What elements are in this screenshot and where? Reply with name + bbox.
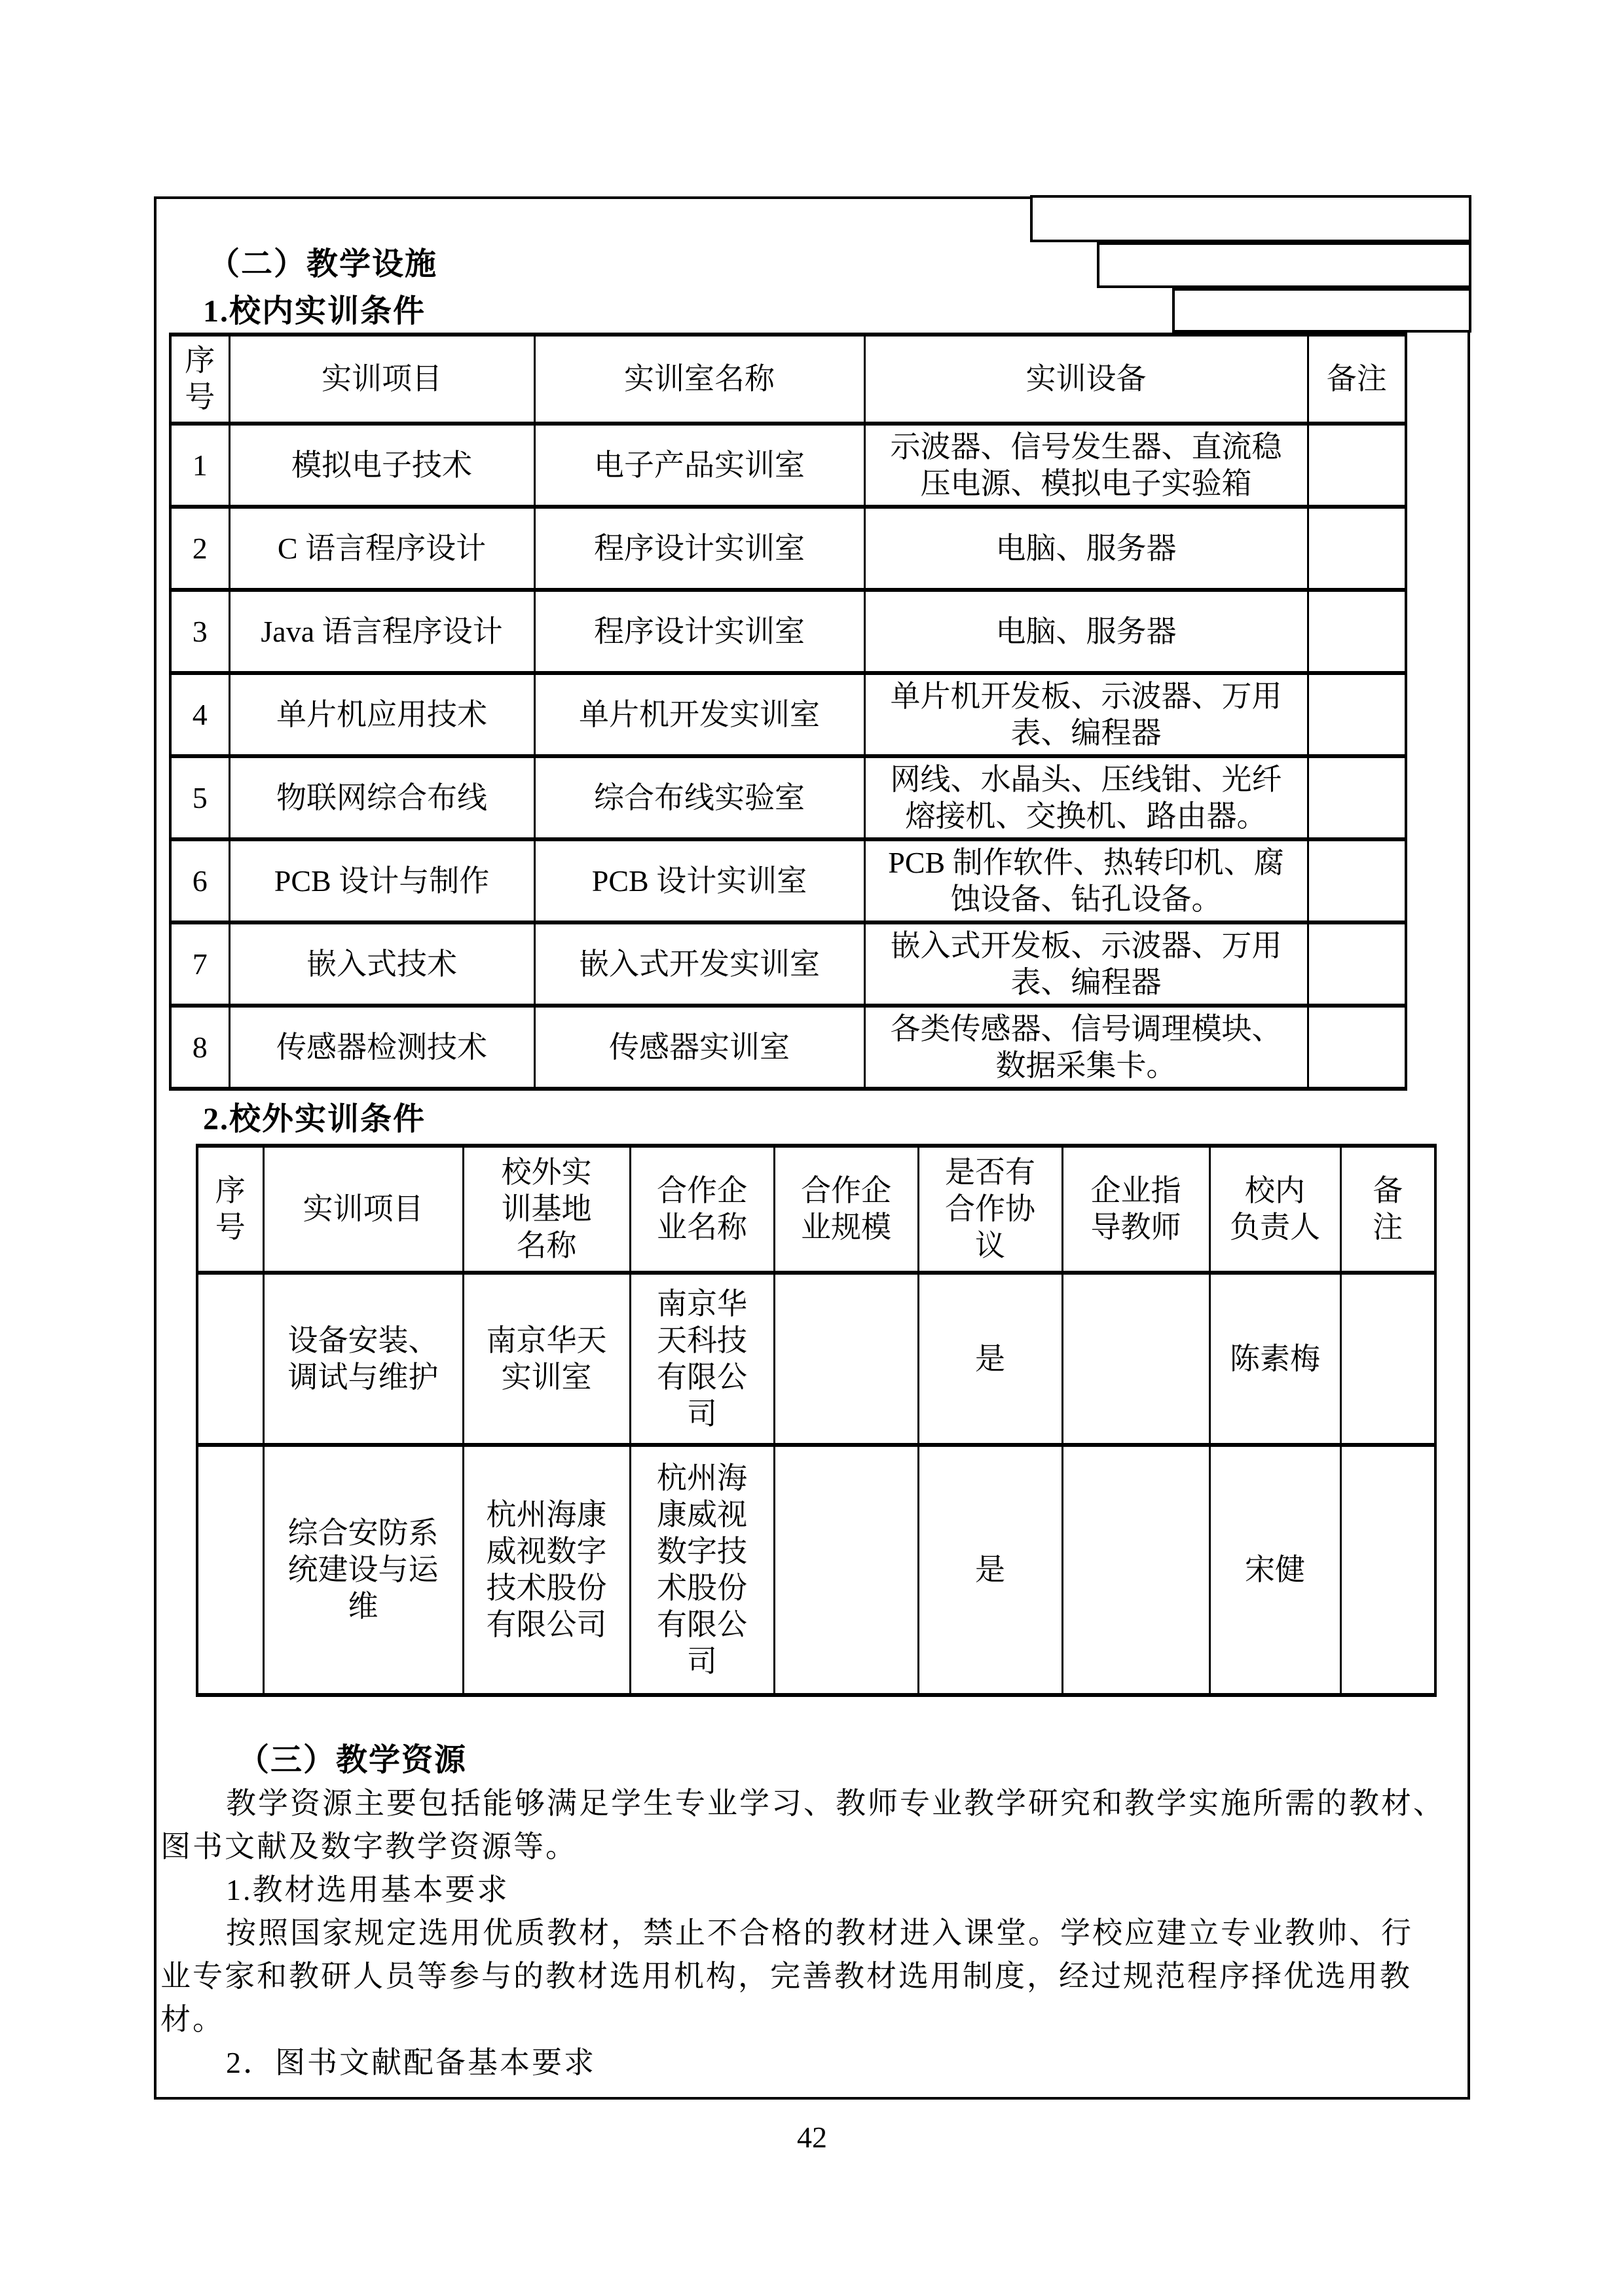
cell-equipment: 单片机开发板、示波器、万用 表、编程器 <box>864 673 1308 756</box>
cell-mentor <box>1062 1273 1209 1445</box>
cell-equipment: 嵌入式开发板、示波器、万用 表、编程器 <box>864 922 1308 1006</box>
table-row: 8 传感器检测技术 传感器实训室 各类传感器、信号调理模块、 数据采集卡。 <box>170 1006 1406 1089</box>
section-3-heading: （三）教学资源 <box>160 1739 1460 1782</box>
column-header-equipment: 实训设备 <box>864 335 1308 424</box>
table-row: 5 物联网综合布线 综合布线实验室 网线、水晶头、压线钳、光纤 熔接机、交换机、… <box>170 756 1406 839</box>
table-header-row: 序 号 实训项目 校外实 训基地 名称 合作企 业名称 合作企 业规模 是否有 … <box>197 1146 1435 1273</box>
cell-no <box>197 1445 263 1695</box>
column-header-no: 序 号 <box>197 1146 263 1273</box>
cell-no: 4 <box>170 673 229 756</box>
body-line: 图书文献及数字教学资源等。 <box>160 1825 1460 1868</box>
cell-note <box>1308 590 1406 673</box>
cell-note <box>1308 507 1406 590</box>
cell-note <box>1308 424 1406 507</box>
cell-project: 模拟电子技术 <box>229 424 534 507</box>
cell-project: 传感器检测技术 <box>229 1006 534 1089</box>
cell-room: 电子产品实训室 <box>534 424 864 507</box>
cell-project: PCB 设计与制作 <box>229 839 534 922</box>
cell-no: 5 <box>170 756 229 839</box>
cell-note <box>1340 1445 1435 1695</box>
column-header-room: 实训室名称 <box>534 335 864 424</box>
cell-project: 设备安装、 调试与维护 <box>263 1273 463 1445</box>
table-row: 4 单片机应用技术 单片机开发实训室 单片机开发板、示波器、万用 表、编程器 <box>170 673 1406 756</box>
cell-note <box>1308 1006 1406 1089</box>
cell-equipment: 电脑、服务器 <box>864 507 1308 590</box>
column-header-company: 合作企 业名称 <box>630 1146 774 1273</box>
body-line: 材。 <box>160 1998 1460 2041</box>
cell-leader: 陈素梅 <box>1209 1273 1340 1445</box>
cell-equipment: 示波器、信号发生器、直流稳 压电源、模拟电子实验箱 <box>864 424 1308 507</box>
cell-project: 综合安防系 统建设与运 维 <box>263 1445 463 1695</box>
table-header-row: 序 号 实训项目 实训室名称 实训设备 备注 <box>170 335 1406 424</box>
cell-no: 2 <box>170 507 229 590</box>
cell-scale <box>774 1445 918 1695</box>
cell-no: 3 <box>170 590 229 673</box>
table-row: 综合安防系 统建设与运 维 杭州海康 威视数字 技术股份 有限公司 杭州海 康威… <box>197 1445 1435 1695</box>
section-2-heading: （二）教学设施 <box>208 246 437 282</box>
column-header-project: 实训项目 <box>229 335 534 424</box>
cell-scale <box>774 1273 918 1445</box>
cell-note <box>1308 756 1406 839</box>
cell-note <box>1308 839 1406 922</box>
cell-room: 程序设计实训室 <box>534 590 864 673</box>
empty-form-box-1 <box>1030 195 1471 242</box>
cell-equipment: 各类传感器、信号调理模块、 数据采集卡。 <box>864 1006 1308 1089</box>
cell-project: 单片机应用技术 <box>229 673 534 756</box>
cell-project: 嵌入式技术 <box>229 922 534 1006</box>
subsection-offcampus-heading: 2.校外实训条件 <box>203 1101 426 1137</box>
document-page: （二）教学设施 1.校内实训条件 序 号 实训项目 实训室名称 实训设备 备注 … <box>0 0 1624 2296</box>
cell-room: 嵌入式开发实训室 <box>534 922 864 1006</box>
table-row: 设备安装、 调试与维护 南京华天 实训室 南京华 天科技 有限公 司 是 陈素梅 <box>197 1273 1435 1445</box>
column-header-base: 校外实 训基地 名称 <box>463 1146 630 1273</box>
cell-project: C 语言程序设计 <box>229 507 534 590</box>
cell-equipment: 网线、水晶头、压线钳、光纤 熔接机、交换机、路由器。 <box>864 756 1308 839</box>
cell-project: 物联网综合布线 <box>229 756 534 839</box>
cell-room: 程序设计实训室 <box>534 507 864 590</box>
cell-project: Java 语言程序设计 <box>229 590 534 673</box>
cell-base: 南京华天 实训室 <box>463 1273 630 1445</box>
cell-room: PCB 设计实训室 <box>534 839 864 922</box>
empty-form-box-3 <box>1172 288 1471 333</box>
table-row: 1 模拟电子技术 电子产品实训室 示波器、信号发生器、直流稳 压电源、模拟电子实… <box>170 424 1406 507</box>
cell-room: 单片机开发实训室 <box>534 673 864 756</box>
cell-note <box>1308 922 1406 1006</box>
offcampus-training-table: 序 号 实训项目 校外实 训基地 名称 合作企 业名称 合作企 业规模 是否有 … <box>196 1144 1437 1697</box>
table-row: 2 C 语言程序设计 程序设计实训室 电脑、服务器 <box>170 507 1406 590</box>
page-number: 42 <box>0 2120 1624 2155</box>
column-header-scale: 合作企 业规模 <box>774 1146 918 1273</box>
cell-company: 杭州海 康威视 数字技 术股份 有限公 司 <box>630 1445 774 1695</box>
cell-company: 南京华 天科技 有限公 司 <box>630 1273 774 1445</box>
empty-form-box-2 <box>1097 242 1471 288</box>
table-row: 6 PCB 设计与制作 PCB 设计实训室 PCB 制作软件、热转印机、腐 蚀设… <box>170 839 1406 922</box>
cell-equipment: PCB 制作软件、热转印机、腐 蚀设备、钻孔设备。 <box>864 839 1308 922</box>
cell-note <box>1308 673 1406 756</box>
cell-mentor <box>1062 1445 1209 1695</box>
body-line: 按照国家规定选用优质教材，禁止不合格的教材进入课堂。学校应建立专业教帅、行 <box>160 1912 1460 1955</box>
cell-no: 6 <box>170 839 229 922</box>
cell-no: 7 <box>170 922 229 1006</box>
body-line: 2．图书文献配备基本要求 <box>160 2041 1460 2085</box>
cell-room: 传感器实训室 <box>534 1006 864 1089</box>
cell-no: 1 <box>170 424 229 507</box>
column-header-agreement: 是否有 合作协 议 <box>918 1146 1062 1273</box>
cell-agreement: 是 <box>918 1273 1062 1445</box>
cell-leader: 宋健 <box>1209 1445 1340 1695</box>
section-3-block: （三）教学资源 教学资源主要包括能够满足学生专业学习、教师专业教学研究和教学实施… <box>160 1739 1460 2085</box>
column-header-project: 实训项目 <box>263 1146 463 1273</box>
cell-agreement: 是 <box>918 1445 1062 1695</box>
campus-training-table: 序 号 实训项目 实训室名称 实训设备 备注 1 模拟电子技术 电子产品实训室 … <box>169 333 1407 1091</box>
cell-room: 综合布线实验室 <box>534 756 864 839</box>
subsection-campus-heading: 1.校内实训条件 <box>203 293 426 329</box>
body-line: 1.教材选用基本要求 <box>160 1868 1460 1912</box>
column-header-no: 序 号 <box>170 335 229 424</box>
table-row: 3 Java 语言程序设计 程序设计实训室 电脑、服务器 <box>170 590 1406 673</box>
column-header-mentor: 企业指 导教师 <box>1062 1146 1209 1273</box>
cell-no <box>197 1273 263 1445</box>
column-header-note: 备 注 <box>1340 1146 1435 1273</box>
table-row: 7 嵌入式技术 嵌入式开发实训室 嵌入式开发板、示波器、万用 表、编程器 <box>170 922 1406 1006</box>
cell-base: 杭州海康 威视数字 技术股份 有限公司 <box>463 1445 630 1695</box>
column-header-leader: 校内 负责人 <box>1209 1146 1340 1273</box>
column-header-note: 备注 <box>1308 335 1406 424</box>
body-line: 教学资源主要包括能够满足学生专业学习、教师专业教学研究和教学实施所需的教材、 <box>160 1782 1460 1825</box>
cell-no: 8 <box>170 1006 229 1089</box>
cell-note <box>1340 1273 1435 1445</box>
body-line: 业专家和教研人员等参与的教材选用机构，完善教材选用制度，经过规范程序择优选用教 <box>160 1955 1460 1998</box>
cell-equipment: 电脑、服务器 <box>864 590 1308 673</box>
